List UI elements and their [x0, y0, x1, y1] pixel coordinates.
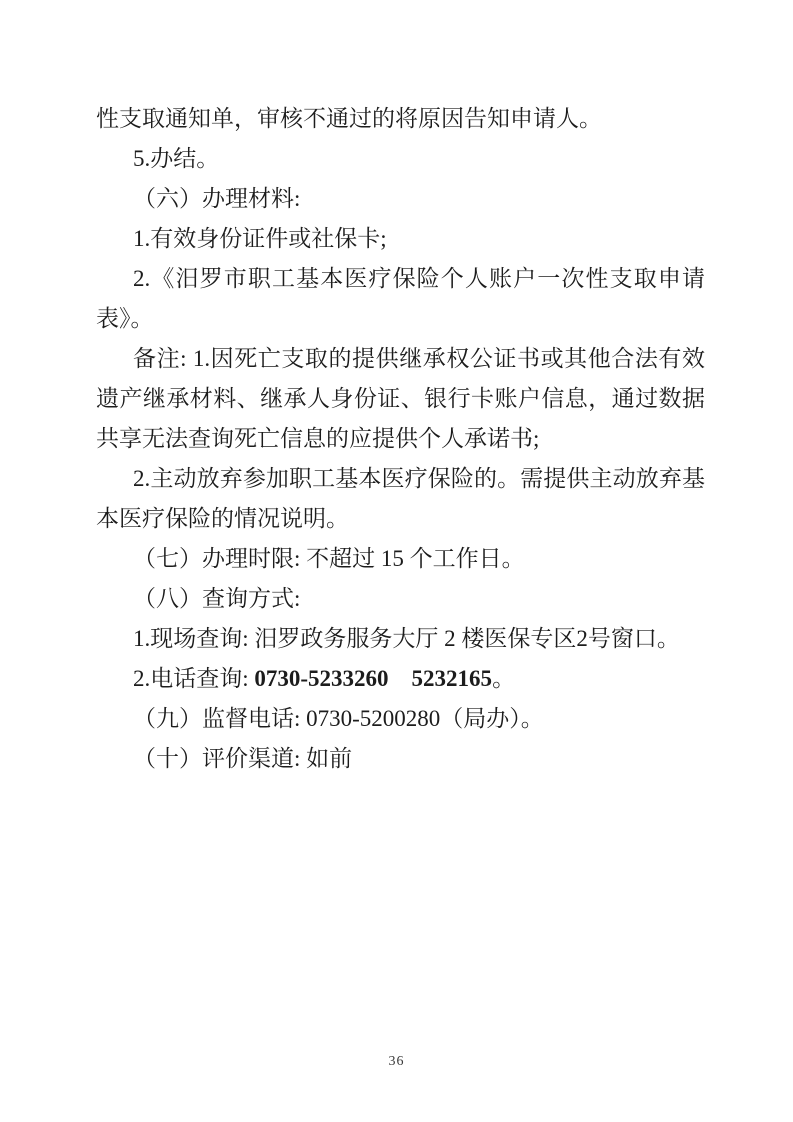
- paragraph-section-10-evaluation: （十）评价渠道: 如前: [96, 739, 705, 779]
- paragraph-continuation: 性支取通知单，审核不通过的将原因告知申请人。: [96, 99, 705, 139]
- page-number: 36: [389, 1054, 405, 1069]
- paragraph-section-7-time-limit: （七）办理时限: 不超过 15 个工作日。: [96, 539, 705, 579]
- paragraph-note-1: 备注: 1.因死亡支取的提供继承权公证书或其他合法有效遗产继承材料、继承人身份证…: [96, 339, 705, 459]
- page-footer: 36: [0, 1052, 793, 1070]
- phone-query-period: 。: [492, 666, 515, 691]
- paragraph-step-5: 5.办结。: [96, 139, 705, 179]
- paragraph-material-2: 2.《汨罗市职工基本医疗保险个人账户一次性支取申请表》。: [96, 259, 705, 339]
- paragraph-note-2: 2.主动放弃参加职工基本医疗保险的。需提供主动放弃基本医疗保险的情况说明。: [96, 459, 705, 539]
- phone-query-label: 2.电话查询:: [133, 666, 254, 691]
- paragraph-section-9-supervision-phone: （九）监督电话: 0730-5200280（局办）。: [96, 699, 705, 739]
- phone-numbers: 0730-5233260 5232165: [254, 666, 492, 691]
- document-page: 性支取通知单，审核不通过的将原因告知申请人。 5.办结。 （六）办理材料: 1.…: [0, 0, 793, 1122]
- paragraph-section-8-heading: （八）查询方式:: [96, 579, 705, 619]
- paragraph-query-phone: 2.电话查询: 0730-5233260 5232165。: [96, 659, 705, 699]
- document-body: 性支取通知单，审核不通过的将原因告知申请人。 5.办结。 （六）办理材料: 1.…: [96, 99, 705, 779]
- paragraph-material-1: 1.有效身份证件或社保卡;: [96, 219, 705, 259]
- paragraph-section-6-heading: （六）办理材料:: [96, 179, 705, 219]
- paragraph-query-onsite: 1.现场查询: 汨罗政务服务大厅 2 楼医保专区2号窗口。: [96, 619, 705, 659]
